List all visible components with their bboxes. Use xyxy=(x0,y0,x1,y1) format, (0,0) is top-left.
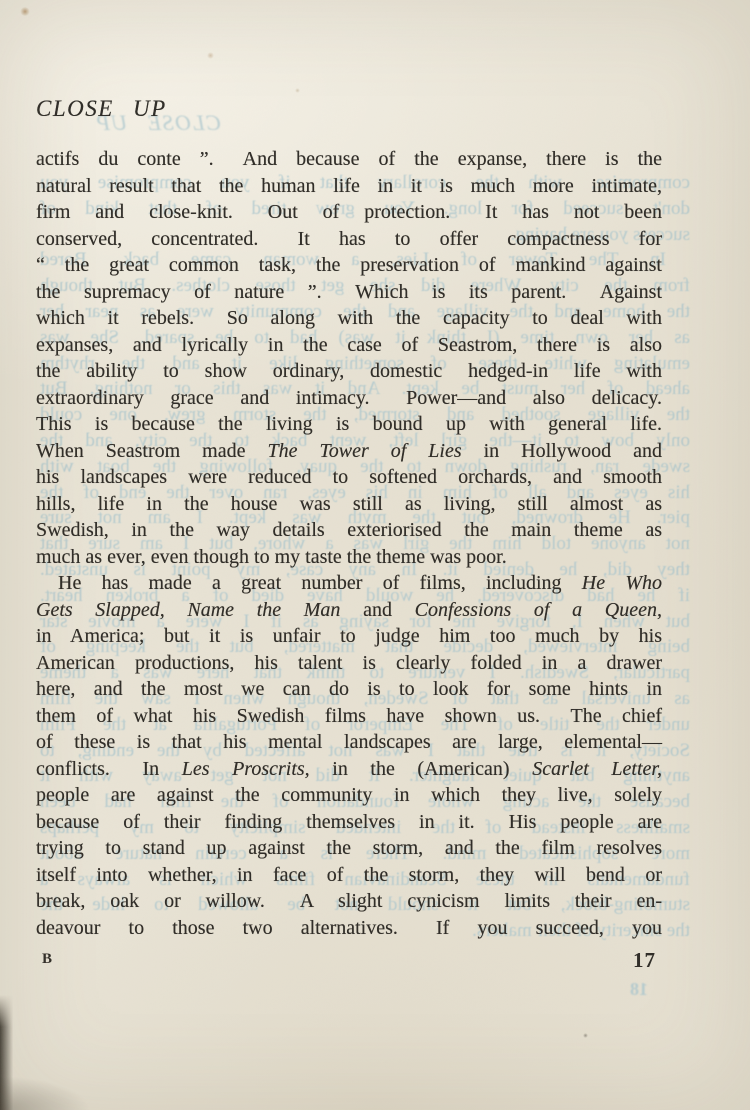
text-line: which it rebels. So along with the capac… xyxy=(36,305,662,332)
text-line: of these is that his mental landscapes a… xyxy=(36,729,662,756)
text-line: expanses, and lyrically in the case of S… xyxy=(36,332,662,359)
text-line: the supremacy of nature ”. Which is its … xyxy=(36,279,662,306)
text-line: trying to stand up against the storm, an… xyxy=(36,835,662,862)
text-line: in America; but it is unfair to judge hi… xyxy=(36,623,662,650)
signature-mark: B xyxy=(42,951,53,968)
text-line: Gets Slapped, Name the Man and Confessio… xyxy=(36,597,662,624)
foxing-spot xyxy=(295,88,300,93)
text-line: firm and close-knit. Out of protection. … xyxy=(36,199,662,226)
text-line: He has made a great number of films, inc… xyxy=(36,570,662,597)
foxing-spot xyxy=(20,7,30,16)
text-line: his landscapes were reduced to softened … xyxy=(36,464,662,491)
text-line: When Seastrom made The Tower of Lies in … xyxy=(36,438,662,465)
page-number: 17 xyxy=(633,948,656,973)
text-line: deavour to those two alternatives. If yo… xyxy=(36,915,662,942)
text-line: conserved, concentrated. It has to offer… xyxy=(36,226,662,253)
text-line: natural result that the human life in it… xyxy=(36,173,662,200)
text-line: “ the great common task, the preservatio… xyxy=(36,252,662,279)
running-head: CLOSE UP xyxy=(36,96,167,122)
text-line: hills, life in the house was still as li… xyxy=(36,491,662,518)
text-line: because of their finding themselves in i… xyxy=(36,809,662,836)
text-line: American productions, his talent is clea… xyxy=(36,650,662,677)
text-line: This is because the living is bound up w… xyxy=(36,411,662,438)
text-line: break, oak or willow. A slight cynicism … xyxy=(36,888,662,915)
text-line: here, and the most we can do is to look … xyxy=(36,676,662,703)
text-line: conflicts. In Les Proscrits, in the (Ame… xyxy=(36,756,662,783)
book-page: CLOSE UP compromise, with the corollary … xyxy=(0,0,750,1110)
body-text: actifs du conte ”. And because of the ex… xyxy=(36,146,662,941)
text-line: itself into whether, in face of the stor… xyxy=(36,862,662,889)
bleedthrough-page-number: 18 xyxy=(630,979,648,1000)
scan-corner-shadow xyxy=(0,1070,120,1110)
text-line: Swedish, in the way details exteriorised… xyxy=(36,517,662,544)
foxing-spot xyxy=(207,52,214,59)
foxing-spot xyxy=(583,1033,588,1038)
scan-edge-shadow xyxy=(0,995,15,1110)
text-line: people are against the community in whic… xyxy=(36,782,662,809)
text-line: much as ever, even though to my taste th… xyxy=(36,544,662,571)
text-line: the ability to show ordinary, domestic h… xyxy=(36,358,662,385)
text-line: actifs du conte ”. And because of the ex… xyxy=(36,146,662,173)
text-line: extraordinary grace and intimacy. Power—… xyxy=(36,385,662,412)
text-line: them of what his Swedish films have show… xyxy=(36,703,662,730)
